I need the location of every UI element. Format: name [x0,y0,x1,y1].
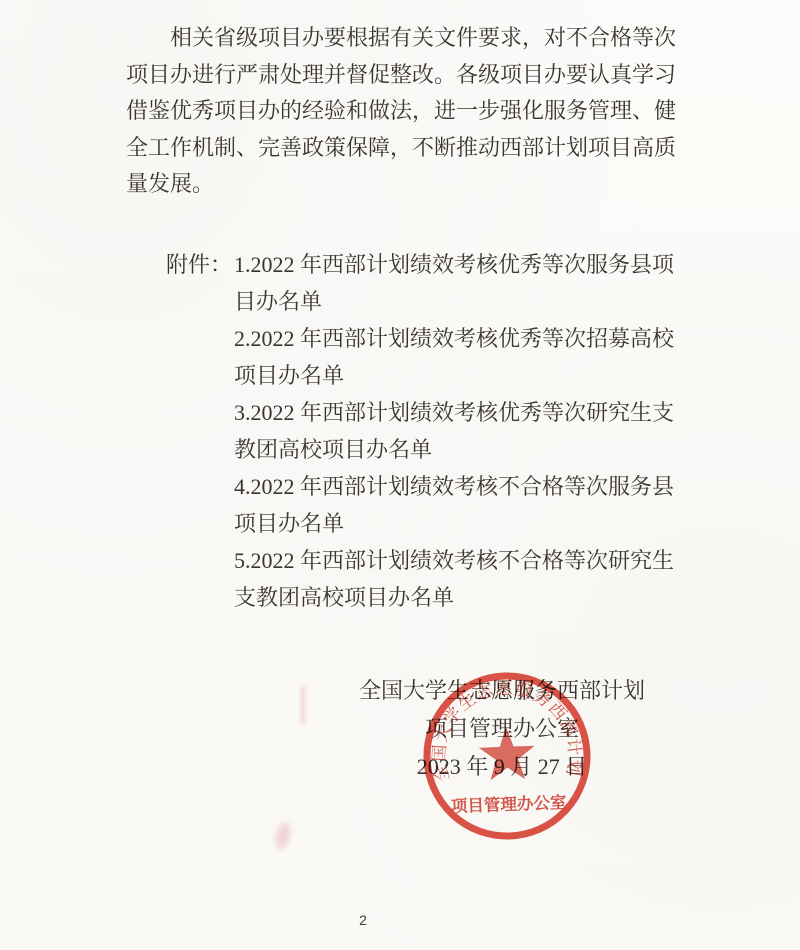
scan-artifact-streak [301,686,305,724]
body-paragraph: 相关省级项目办要根据有关文件要求，对不合格等次 项目办进行严肃处理并督促整改。各… [126,20,676,203]
paragraph-line: 相关省级项目办要根据有关文件要求，对不合格等次 [126,20,676,57]
attachment-item: 5.2022 年西部计划绩效考核不合格等次研究生 支教团高校项目办名单 [234,542,674,616]
attachment-line: 教团高校项目办名单 [234,431,674,468]
page-number: 2 [352,912,374,928]
attachment-label: 附件： [166,246,232,283]
seal-star-icon [479,727,534,780]
paragraph-line: 全工作机制、完善政策保障，不断推动西部计划项目高质 [126,130,676,167]
attachment-item: 4.2022 年西部计划绩效考核不合格等次服务县 项目办名单 [234,468,674,542]
scan-artifact-smudge [273,821,293,852]
attachment-section: 附件： 1.2022 年西部计划绩效考核优秀等次服务县项 目办名单 2.2022… [166,246,674,616]
attachment-line: 目办名单 [234,283,674,320]
attachment-line: 1.2022 年西部计划绩效考核优秀等次服务县项 [234,246,674,283]
attachment-item: 3.2022 年西部计划绩效考核优秀等次研究生支 教团高校项目办名单 [234,394,674,468]
attachment-line: 项目办名单 [234,505,674,542]
paragraph-line: 项目办进行严肃处理并督促整改。各级项目办要认真学习 [126,57,676,94]
attachment-list: 1.2022 年西部计划绩效考核优秀等次服务县项 目办名单 2.2022 年西部… [234,246,674,616]
attachment-item: 1.2022 年西部计划绩效考核优秀等次服务县项 目办名单 [234,246,674,320]
attachment-line: 5.2022 年西部计划绩效考核不合格等次研究生 [234,542,674,579]
attachment-line: 2.2022 年西部计划绩效考核优秀等次招募高校 [234,320,674,357]
paragraph-line: 借鉴优秀项目办的经验和做法，进一步强化服务管理、健 [126,93,676,130]
attachment-line: 项目办名单 [234,357,674,394]
paragraph-line: 量发展。 [126,166,676,203]
attachment-line: 3.2022 年西部计划绩效考核优秀等次研究生支 [234,394,674,431]
seal-bottom-text: 项目管理办公室 [451,792,568,816]
attachment-line: 4.2022 年西部计划绩效考核不合格等次服务县 [234,468,674,505]
official-seal: 全国大学生志愿服务西部计划 项目管理办公室 [409,658,606,855]
attachment-line: 支教团高校项目办名单 [234,579,674,616]
attachment-item: 2.2022 年西部计划绩效考核优秀等次招募高校 项目办名单 [234,320,674,394]
document-page: 相关省级项目办要根据有关文件要求，对不合格等次 项目办进行严肃处理并督促整改。各… [0,0,800,950]
